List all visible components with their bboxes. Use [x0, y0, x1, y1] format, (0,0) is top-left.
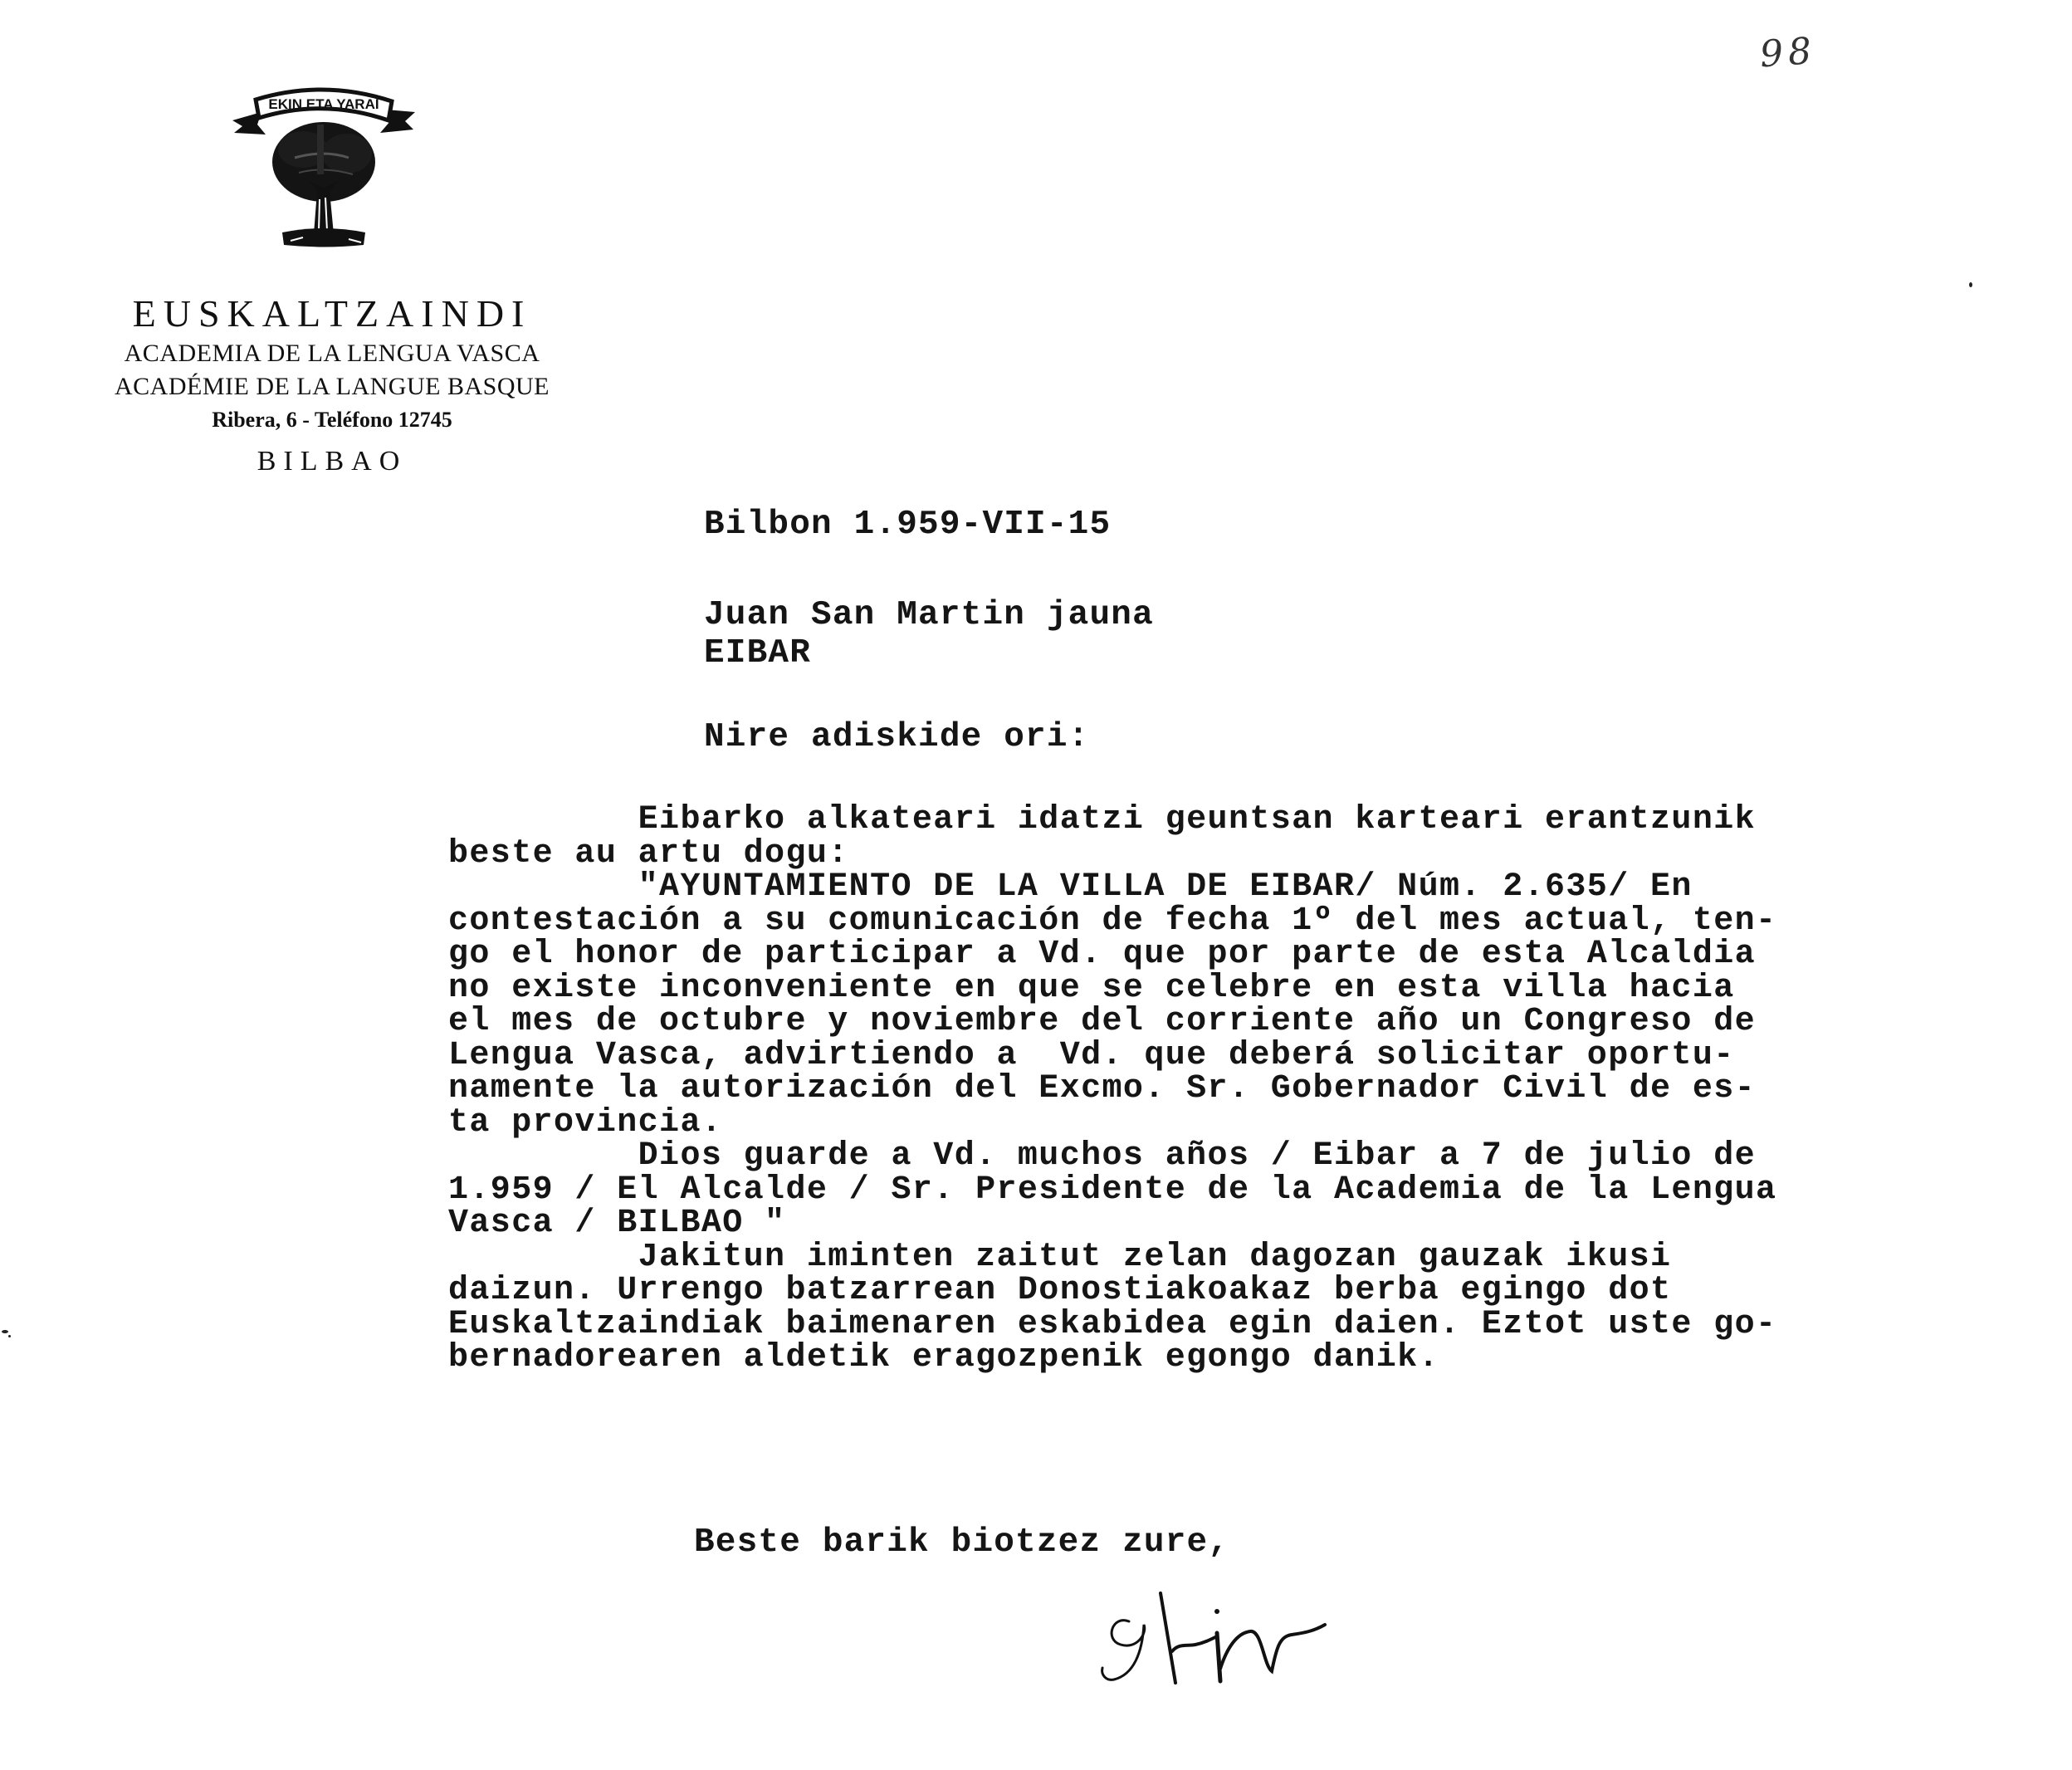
- body-line: Eibarko alkateari idatzi geuntsan kartea…: [448, 804, 2050, 838]
- salutation: Nire adiskide ori:: [704, 721, 1089, 754]
- body-line: Euskaltzaindiak baimenaren eskabidea egi…: [448, 1308, 2050, 1342]
- body-line: namente la autorización del Excmo. Sr. G…: [448, 1073, 2050, 1107]
- body-line: daizun. Urrengo batzarrean Donostiakoaka…: [448, 1274, 2050, 1308]
- closing-line: Beste barik biotzez zure,: [694, 1526, 1229, 1559]
- body-line: bernadorearen aldetik eragozpenik egongo…: [448, 1342, 2050, 1376]
- body-line: "AYUNTAMIENTO DE LA VILLA DE EIBAR/ Núm.…: [448, 871, 2050, 905]
- letter-body: Eibarko alkateari idatzi geuntsan kartea…: [448, 804, 2050, 1376]
- letterhead: EUSKALTZAINDI ACADEMIA DE LA LENGUA VASC…: [83, 291, 581, 483]
- letterhead-city: BILBAO: [83, 440, 581, 483]
- body-line: go el honor de participar a Vd. que por …: [448, 938, 2050, 972]
- body-line: 1.959 / El Alcalde / Sr. Presidente de l…: [448, 1174, 2050, 1208]
- body-line: Vasca / BILBAO ": [448, 1207, 2050, 1241]
- scan-speck: [2, 1330, 8, 1333]
- body-line: beste au artu dogu:: [448, 838, 2050, 872]
- handwritten-signature-icon: [1096, 1582, 1395, 1714]
- scan-speck: [8, 1335, 11, 1337]
- body-line: ta provincia.: [448, 1107, 2050, 1141]
- address-phone: Ribera, 6 - Teléfono 12745: [83, 403, 581, 437]
- body-line: no existe inconveniente en que se celebr…: [448, 972, 2050, 1006]
- recipient-block: Juan San Martin jauna EIBAR: [704, 596, 1154, 672]
- organization-name: EUSKALTZAINDI: [83, 291, 581, 337]
- body-line: Lengua Vasca, advirtiendo a Vd. que debe…: [448, 1039, 2050, 1073]
- body-line: Dios guarde a Vd. muchos años / Eibar a …: [448, 1140, 2050, 1174]
- subtitle-spanish: ACADEMIA DE LA LENGUA VASCA: [83, 337, 581, 370]
- body-line: contestación a su comunicación de fecha …: [448, 905, 2050, 939]
- oak-tree-emblem-icon: EKIN ETA YARAI: [224, 75, 423, 257]
- body-line: el mes de octubre y noviembre del corrie…: [448, 1005, 2050, 1039]
- scan-speck: [1969, 282, 1972, 287]
- letter-date: Bilbon 1.959-VII-15: [704, 508, 1111, 541]
- recipient-city: EIBAR: [704, 634, 811, 672]
- emblem-motto: EKIN ETA YARAI: [268, 96, 379, 112]
- subtitle-french: ACADÉMIE DE LA LANGUE BASQUE: [83, 370, 581, 403]
- page-number-annotation: 98: [1758, 30, 1817, 76]
- body-line: Jakitun iminten zaitut zelan dagozan gau…: [448, 1241, 2050, 1275]
- recipient-name: Juan San Martin jauna: [704, 596, 1154, 634]
